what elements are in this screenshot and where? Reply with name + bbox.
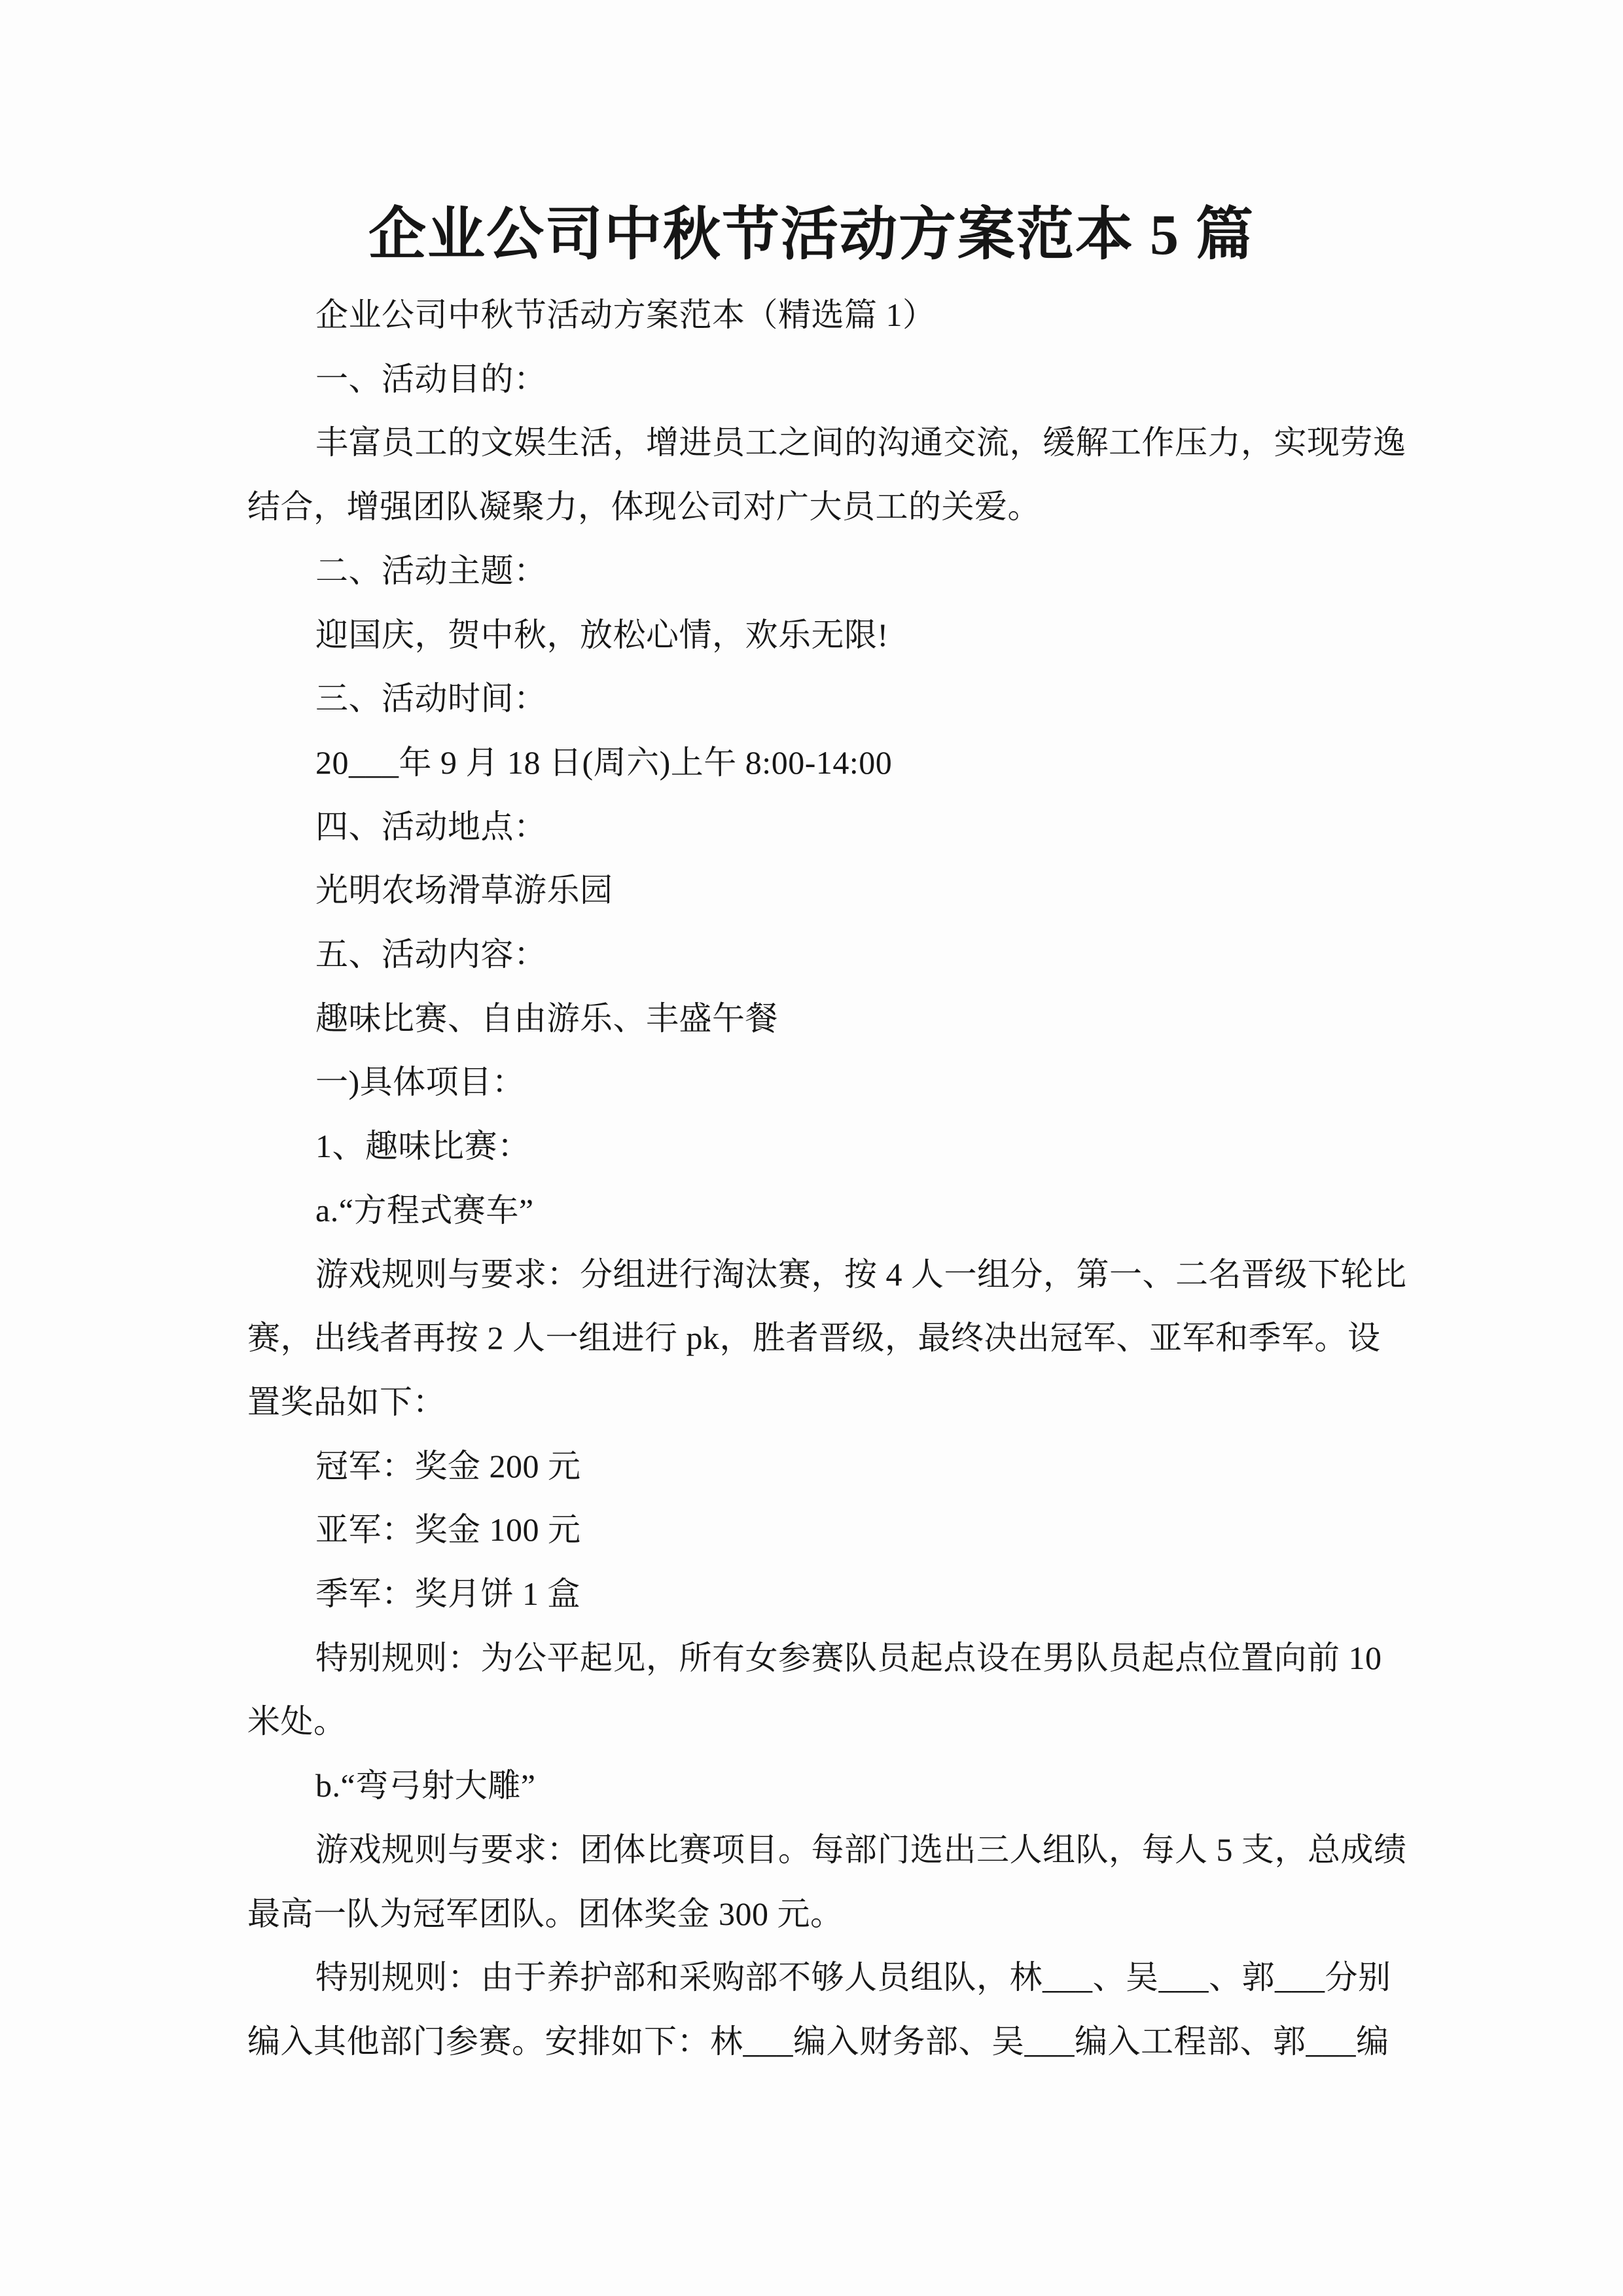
text-line: 五、活动内容： xyxy=(247,923,1376,987)
text-line: 三、活动时间： xyxy=(247,667,1376,731)
text-line: 20___年 9 月 18 日(周六)上午 8:00-14:00 xyxy=(247,731,1376,795)
text-line: 光明农场滑草游乐园 xyxy=(247,859,1376,923)
text-line: 米处。 xyxy=(247,1690,1376,1754)
text-line: 特别规则：为公平起见，所有女参赛队员起点设在男队员起点位置向前 10 xyxy=(247,1626,1376,1691)
document-body: 企业公司中秋节活动方案范本（精选篇 1） 一、活动目的： 丰富员工的文娱生活，增… xyxy=(0,283,1623,2074)
text-line: 迎国庆，贺中秋，放松心情，欢乐无限! xyxy=(247,603,1376,668)
text-line: 二、活动主题： xyxy=(247,539,1376,603)
document-title: 企业公司中秋节活动方案范本 5 篇 xyxy=(0,0,1623,264)
text-line: 最高一队为冠军团队。团体奖金 300 元。 xyxy=(247,1882,1376,1946)
text-line: 结合，增强团队凝聚力，体现公司对广大员工的关爱。 xyxy=(247,475,1376,539)
text-line: 季军：奖月饼 1 盒 xyxy=(247,1562,1376,1626)
text-line: 丰富员工的文娱生活，增进员工之间的沟通交流，缓解工作压力，实现劳逸 xyxy=(247,411,1376,475)
text-line: 企业公司中秋节活动方案范本（精选篇 1） xyxy=(247,283,1376,348)
text-line: a.“方程式赛车” xyxy=(247,1179,1376,1243)
text-line: 1、趣味比赛： xyxy=(247,1115,1376,1179)
text-line: 趣味比赛、自由游乐、丰盛午餐 xyxy=(247,987,1376,1051)
text-line: 一、活动目的： xyxy=(247,348,1376,412)
text-line: 游戏规则与要求：团体比赛项目。每部门选出三人组队，每人 5 支，总成绩 xyxy=(247,1818,1376,1882)
text-line: 编入其他部门参赛。安排如下：林___编入财务部、吴___编入工程部、郭___编 xyxy=(247,2010,1376,2074)
text-line: b.“弯弓射大雕” xyxy=(247,1754,1376,1818)
text-line: 特别规则：由于养护部和采购部不够人员组队，林___、吴___、郭___分别 xyxy=(247,1946,1376,2010)
text-line: 游戏规则与要求：分组进行淘汰赛，按 4 人一组分，第一、二名晋级下轮比 xyxy=(247,1243,1376,1307)
document-page: 企业公司中秋节活动方案范本 5 篇 企业公司中秋节活动方案范本（精选篇 1） 一… xyxy=(0,0,1623,2296)
text-line: 一)具体项目： xyxy=(247,1050,1376,1115)
text-line: 置奖品如下： xyxy=(247,1371,1376,1435)
text-line: 四、活动地点： xyxy=(247,795,1376,859)
text-line: 亚军：奖金 100 元 xyxy=(247,1498,1376,1562)
text-line: 赛，出线者再按 2 人一组进行 pk，胜者晋级，最终决出冠军、亚军和季军。设 xyxy=(247,1306,1376,1371)
text-line: 冠军：奖金 200 元 xyxy=(247,1435,1376,1499)
